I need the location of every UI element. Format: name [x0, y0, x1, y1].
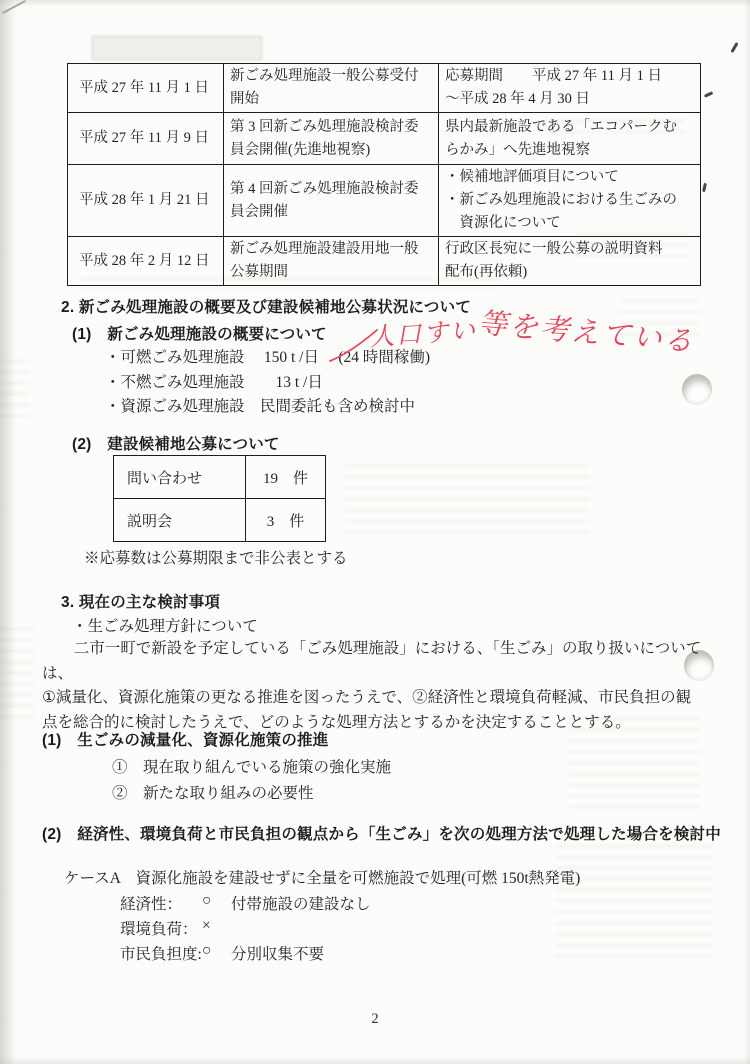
- timeline-row: 平成 28 年 1 月 21 日 第 4 回新ごみ処理施設検討委 員会開催 ・候…: [68, 165, 701, 237]
- inquiry-label-cell: 問い合わせ: [114, 456, 246, 499]
- page-number: 2: [0, 1011, 750, 1028]
- case-a-environment-row: 環境負荷： ×: [120, 917, 231, 939]
- case-a-economy-row: 経済性： ○ 付帯施設の建設なし: [120, 892, 371, 914]
- timeline-detail-cell: ・候補地評価項目について ・新ごみ処理施設における生ごみの 資源化について: [439, 165, 701, 237]
- timeline-detail-cell: 県内最新施設である「エコパークむ らかみ」へ先進地視察: [439, 113, 701, 165]
- circle-mark: ○: [202, 892, 231, 914]
- pen-mark: [704, 91, 713, 97]
- item1-point: ① 現在取り組んでいる施策の強化実施: [112, 755, 391, 777]
- policy-paragraph: 二市一町で新設を予定している「ごみ処理施設」における、「生ごみ」の取り扱いについ…: [42, 637, 714, 735]
- handwritten-annotation: 人口すい: [368, 310, 478, 353]
- case-a-label: 市民負担度:: [120, 942, 202, 964]
- timeline-event-cell: 新ごみ処理施設建設用地一般 公募期間: [224, 237, 439, 286]
- timeline-row: 平成 27 年 11 月 9 日 第 3 回新ごみ処理施設検討委 員会開催(先進…: [68, 113, 701, 165]
- section2-sub1-heading: (1) 新ごみ処理施設の概要について: [72, 322, 327, 344]
- item1-heading: (1) 生ごみの減量化、資源化施策の推進: [42, 728, 328, 750]
- item2-heading: (2) 経済性、環境負荷と市民負担の観点から「生ごみ」を次の処理方法で処理した場…: [42, 822, 721, 844]
- section3-heading: 3. 現在の主な検討事項: [61, 590, 220, 612]
- section2-sub2-heading: (2) 建設候補地公募について: [72, 432, 280, 454]
- bleed-through-smudge: [0, 360, 30, 420]
- pen-mark: [702, 183, 707, 192]
- timeline-event-cell: 第 4 回新ごみ処理施設検討委 員会開催: [224, 165, 439, 237]
- inquiry-label-cell: 説明会: [114, 499, 246, 542]
- inquiry-row: 問い合わせ 19 件: [114, 456, 326, 499]
- punch-hole-shadow: [682, 374, 712, 405]
- application-note: ※応募数は公募期限まで非公表とする: [84, 546, 348, 568]
- timeline-event-cell: 第 3 回新ごみ処理施設検討委 員会開催(先進地視察): [224, 113, 439, 165]
- scan-edge-shadow-top: [0, 0, 750, 7]
- timeline-row: 平成 28 年 2 月 12 日 新ごみ処理施設建設用地一般 公募期間 行政区長…: [68, 237, 701, 286]
- facility-bullet: ・不燃ごみ処理施設 13 t /日: [105, 370, 323, 392]
- pen-mark: [730, 42, 738, 53]
- timeline-table: 平成 27 年 11 月 1 日 新ごみ処理施設一般公募受付 開始 応募期間 平…: [67, 63, 701, 286]
- case-a-title: ケースA 資源化施設を建設せずに全量を可燃施設で処理(可燃 150t熱発電): [64, 866, 580, 888]
- item1-point: ② 新たな取り組みの必要性: [112, 781, 314, 803]
- policy-bullet: ・生ごみ処理方針について: [72, 614, 258, 636]
- inquiry-table: 問い合わせ 19 件 説明会 3 件: [113, 455, 326, 542]
- timeline-detail-cell: 応募期間 平成 27 年 11 月 1 日 ～平成 28 年 4 月 30 日: [439, 64, 701, 113]
- case-a-text: 分別収集不要: [231, 942, 324, 964]
- case-a-text: 付帯施設の建設なし: [231, 892, 371, 914]
- inquiry-row: 説明会 3 件: [114, 499, 326, 542]
- scan-edge-shadow-left: [0, 0, 16, 1064]
- timeline-date-cell: 平成 28 年 1 月 21 日: [68, 165, 224, 237]
- inquiry-value-cell: 19 件: [246, 456, 326, 499]
- case-a-burden-row: 市民負担度: ○ 分別収集不要: [120, 942, 324, 964]
- timeline-date-cell: 平成 27 年 11 月 9 日: [68, 113, 224, 165]
- bleed-through-smudge: [345, 465, 590, 533]
- bleed-through-smudge: [92, 36, 262, 60]
- timeline-date-cell: 平成 27 年 11 月 1 日: [68, 64, 224, 113]
- scan-edge-shadow-right: [744, 0, 750, 1064]
- inquiry-value-cell: 3 件: [246, 499, 326, 542]
- bleed-through-smudge: [555, 845, 713, 957]
- case-a-label: 経済性：: [120, 892, 202, 914]
- scanned-page: 平成 27 年 11 月 1 日 新ごみ処理施設一般公募受付 開始 応募期間 平…: [0, 0, 750, 1064]
- cross-mark: ×: [202, 917, 231, 939]
- timeline-row: 平成 27 年 11 月 1 日 新ごみ処理施設一般公募受付 開始 応募期間 平…: [68, 64, 701, 113]
- timeline-detail-cell: 行政区長宛に一般公募の説明資料 配布(再依頼): [439, 237, 701, 286]
- bleed-through-smudge: [0, 628, 34, 718]
- scan-edge-shadow-bottom: [0, 1056, 750, 1064]
- timeline-date-cell: 平成 28 年 2 月 12 日: [68, 237, 224, 286]
- section2-heading: 2. 新ごみ処理施設の概要及び建設候補地公募状況について: [61, 295, 471, 317]
- facility-bullet: ・資源ごみ処理施設 民間委託も含め検討中: [105, 394, 415, 416]
- case-a-label: 環境負荷：: [120, 917, 202, 939]
- timeline-event-cell: 新ごみ処理施設一般公募受付 開始: [224, 64, 439, 113]
- circle-mark: ○: [202, 942, 231, 964]
